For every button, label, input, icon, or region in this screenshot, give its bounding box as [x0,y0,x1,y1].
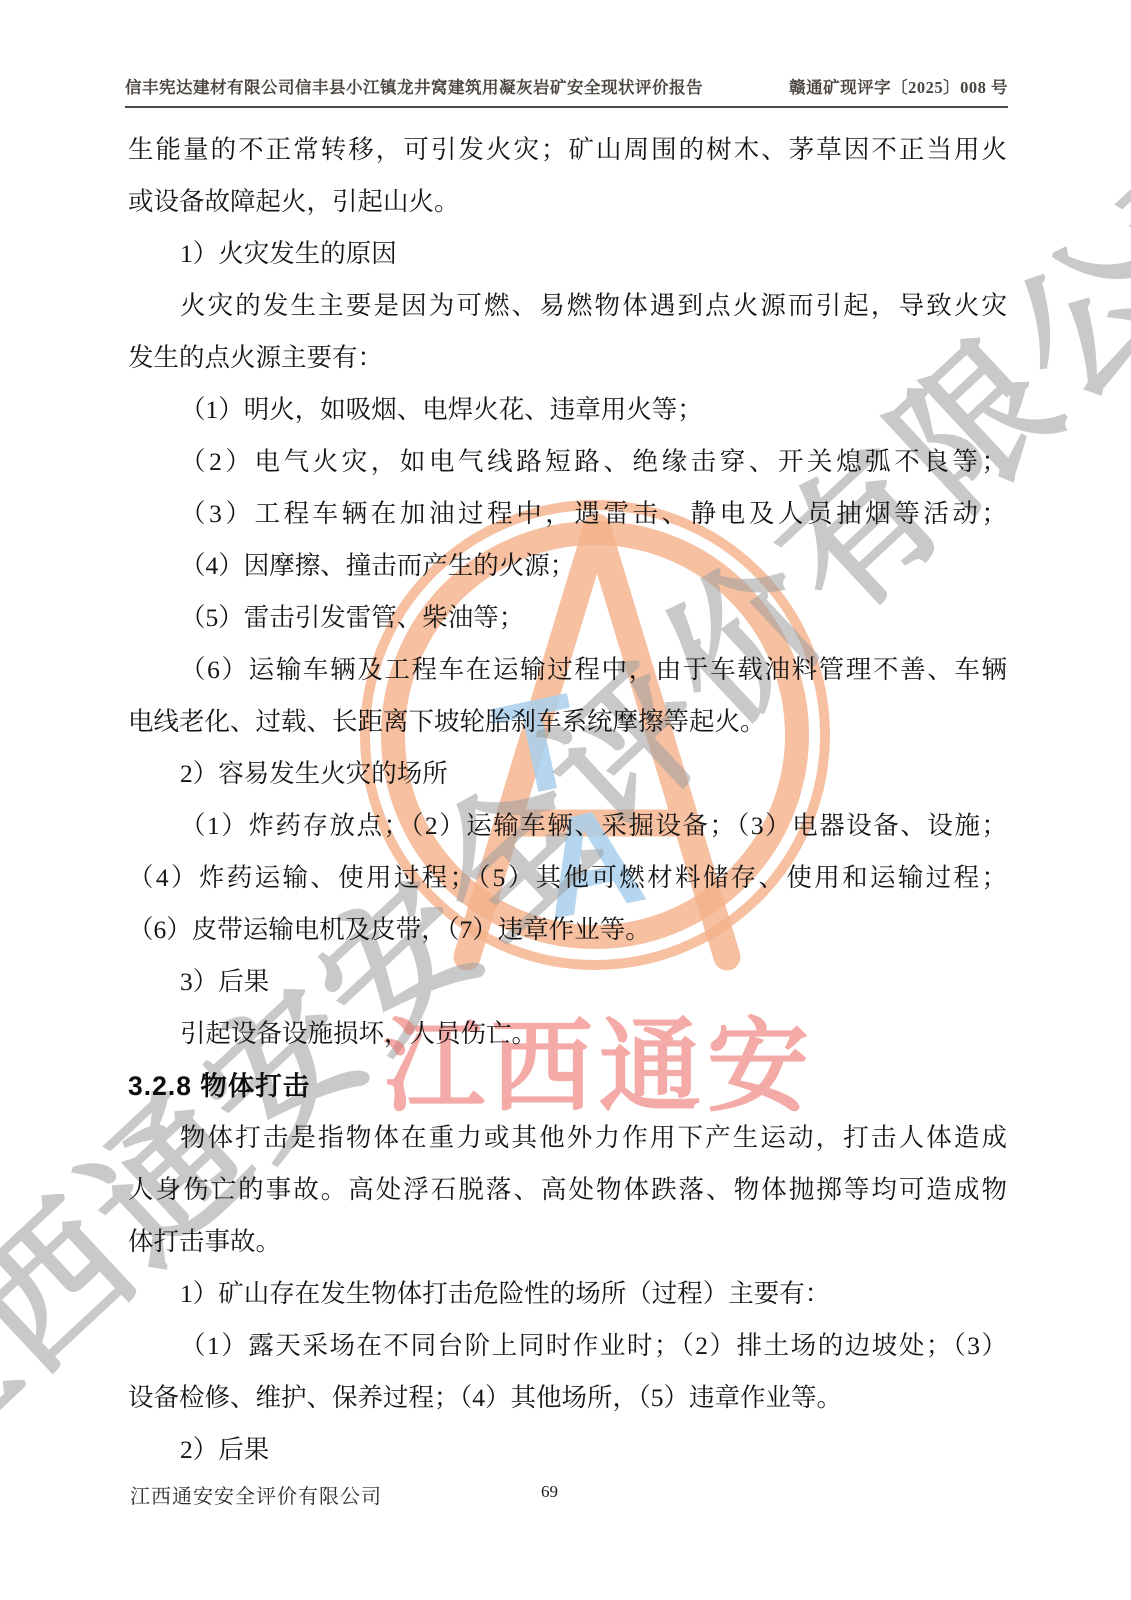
body-line: （1）明火，如吸烟、电焊火花、违章用火等； [128,384,1007,436]
page-header: 信丰宪达建材有限公司信丰县小江镇龙井窝建筑用凝灰岩矿安全现状评价报告 赣通矿现评… [125,74,1008,98]
body-line: 3）后果 [128,956,1007,1008]
body-line: （6）运输车辆及工程车在运输过程中，由于车载油料管理不善、车辆 [128,644,1007,696]
body-line: 火灾的发生主要是因为可燃、易燃物体遇到点火源而引起，导致火灾 [128,280,1007,332]
body-line: （5）雷击引发雷管、柴油等； [128,592,1007,644]
body-line: （1）露天采场在不同台阶上同时作业时；（2）排土场的边坡处；（3） [128,1320,1007,1372]
body-line: 设备检修、维护、保养过程；（4）其他场所，（5）违章作业等。 [128,1372,1007,1424]
body-line: 物体打击是指物体在重力或其他外力作用下产生运动，打击人体造成 [128,1112,1007,1164]
body-line: 或设备故障起火，引起山火。 [128,176,1007,228]
page-number: 69 [541,1482,558,1502]
body-line: （4）炸药运输、使用过程；（5）其他可燃材料储存、使用和运输过程； [128,852,1007,904]
page-footer: 江西通安安全评价有限公司 69 [128,1476,1007,1512]
body-text: 生能量的不正常转移，可引发火灾；矿山周围的树木、茅草因不正当用火或设备故障起火，… [128,124,1007,1476]
body-line: 人身伤亡的事故。高处浮石脱落、高处物体跌落、物体抛掷等均可造成物 [128,1164,1007,1216]
body-line: 引起设备设施损坏，人员伤亡。 [128,1008,1007,1060]
body-line: 发生的点火源主要有： [128,332,1007,384]
body-line: 2）后果 [128,1424,1007,1476]
body-line: 2）容易发生火灾的场所 [128,748,1007,800]
body-line: （3）工程车辆在加油过程中，遇雷击、静电及人员抽烟等活动； [128,488,1007,540]
body-line: 电线老化、过载、长距离下坡轮胎刹车系统摩擦等起火。 [128,696,1007,748]
header-divider [125,106,1008,108]
doc-number: 赣通矿现评字〔2025〕008 号 [789,74,1008,98]
body-line: 生能量的不正常转移，可引发火灾；矿山周围的树木、茅草因不正当用火 [128,124,1007,176]
section-heading: 3.2.8 物体打击 [128,1060,1007,1112]
body-line: （6）皮带运输电机及皮带，（7）违章作业等。 [128,904,1007,956]
body-line: （2）电气火灾，如电气线路短路、绝缘击穿、开关熄弧不良等； [128,436,1007,488]
body-line: （4）因摩擦、撞击而产生的火源； [128,540,1007,592]
body-line: 1）矿山存在发生物体打击危险性的场所（过程）主要有： [128,1268,1007,1320]
body-line: 体打击事故。 [128,1216,1007,1268]
footer-company: 江西通安安全评价有限公司 [130,1480,382,1509]
report-title: 信丰宪达建材有限公司信丰县小江镇龙井窝建筑用凝灰岩矿安全现状评价报告 [125,74,703,98]
body-line: 1）火灾发生的原因 [128,228,1007,280]
body-line: （1）炸药存放点；（2）运输车辆、采掘设备；（3）电器设备、设施； [128,800,1007,852]
report-page: T A 江西通安安全评价有限公司 江西通安 信丰宪达建材有限公司信丰县小江镇龙井… [0,0,1131,1600]
